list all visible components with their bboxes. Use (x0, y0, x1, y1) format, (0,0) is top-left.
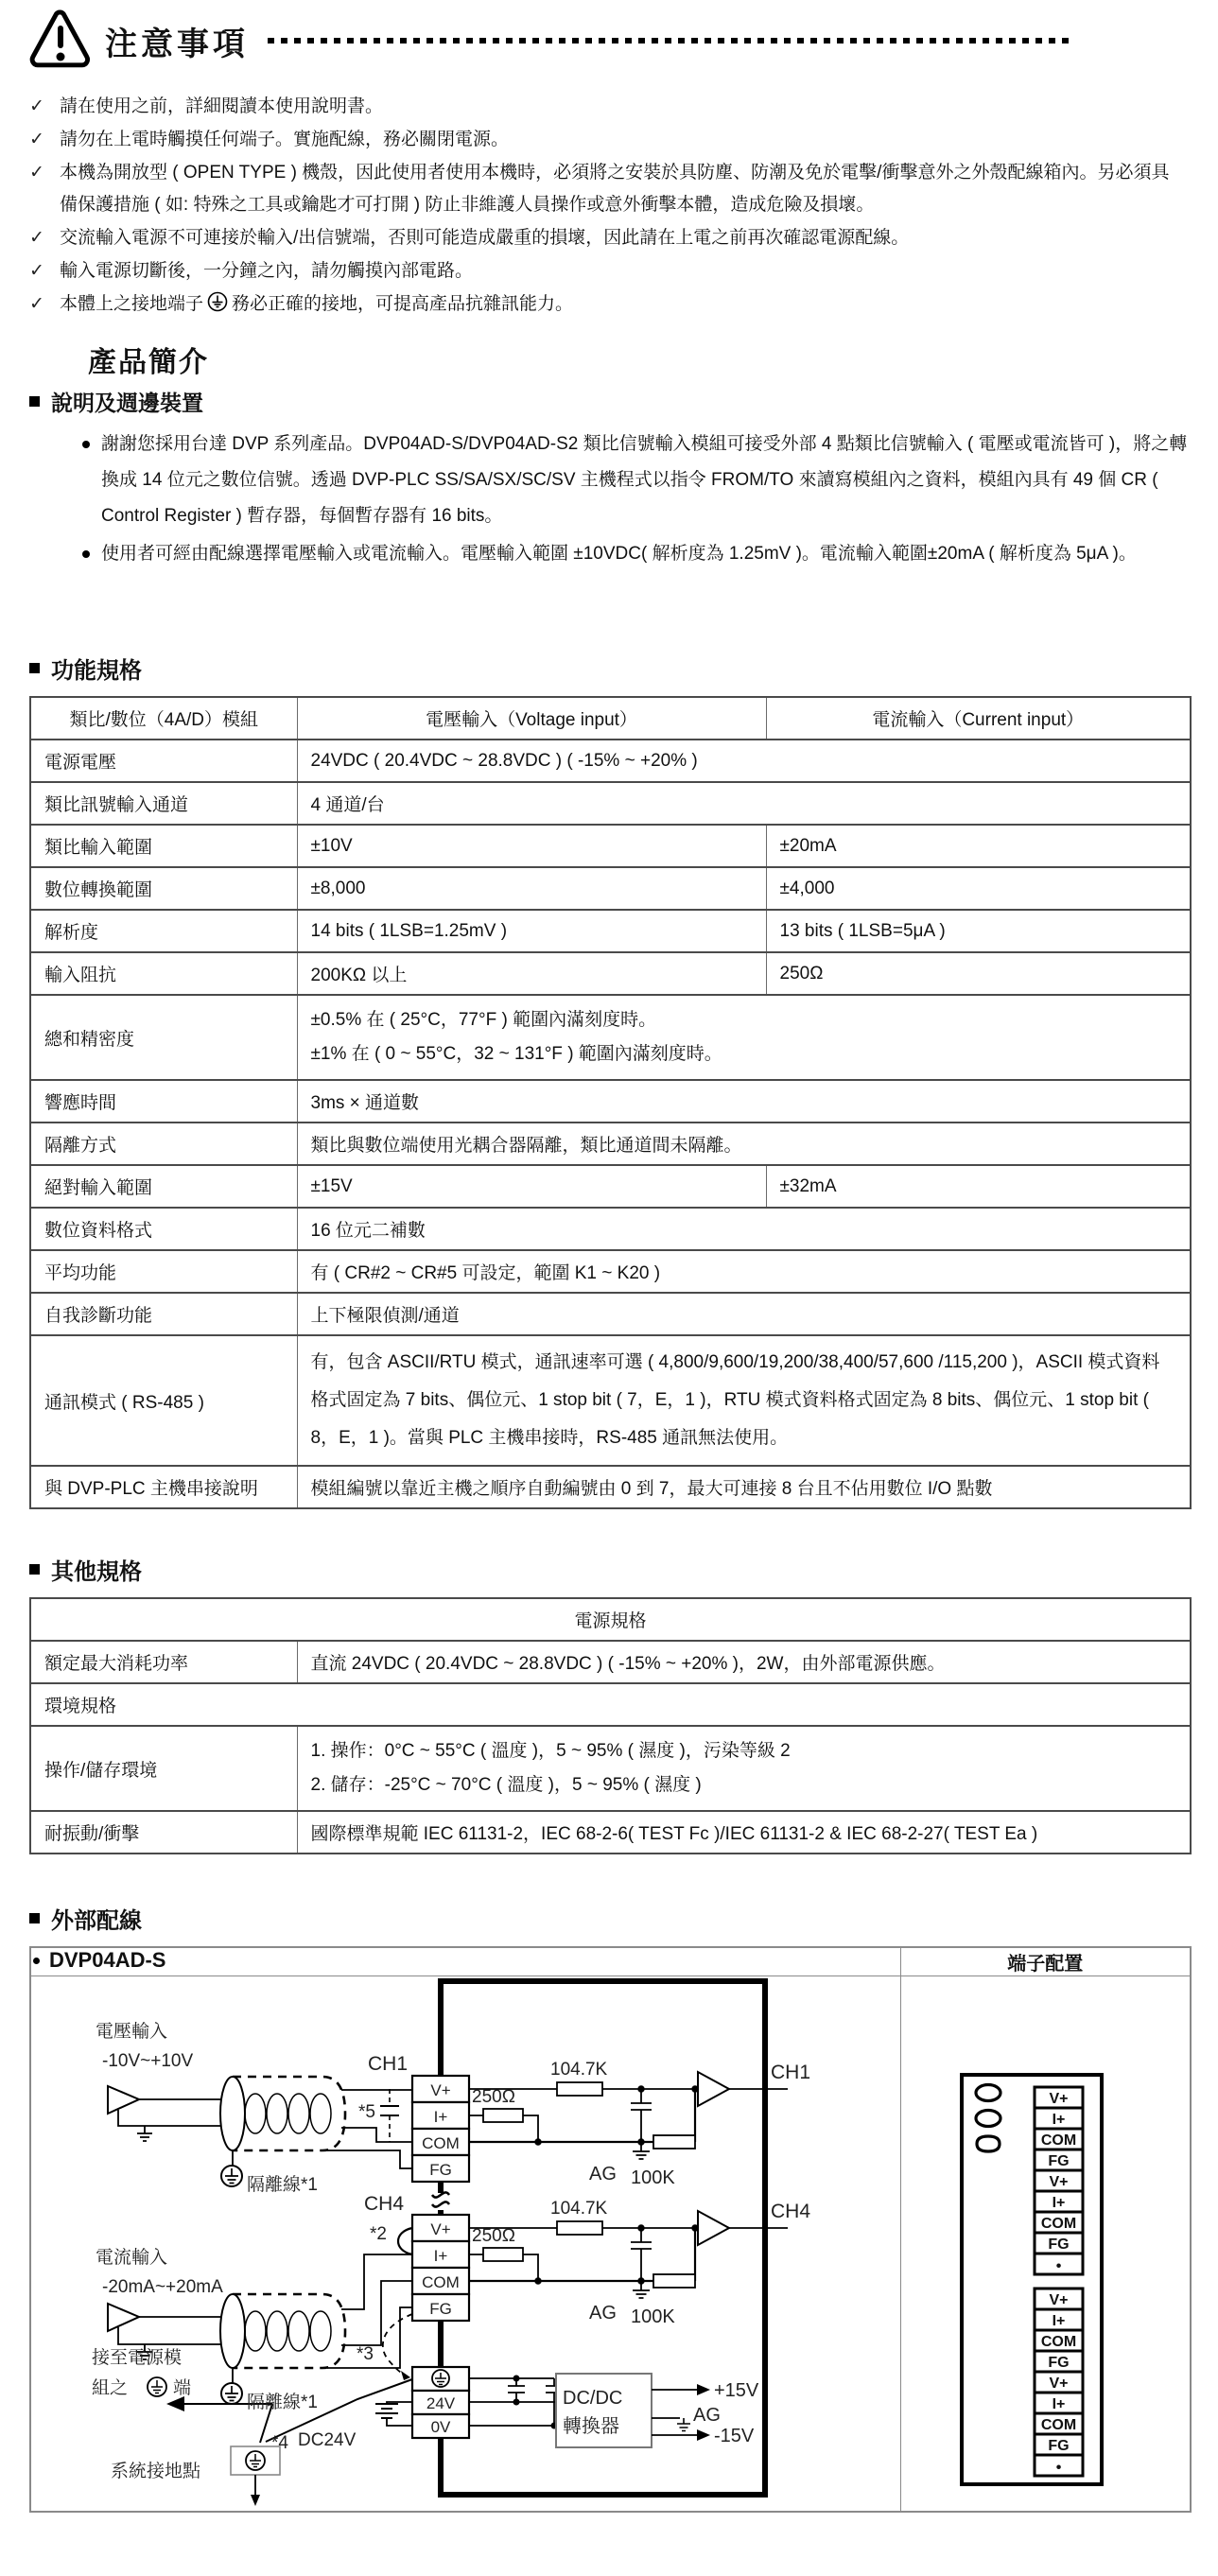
row-label: 電源電壓 (30, 740, 297, 782)
row-value: 直流 24VDC ( 20.4VDC ~ 28.8VDC ) ( -15% ~ … (297, 1641, 1191, 1683)
value-line: 2. 儲存：-25°C ~ 70°C ( 溫度 )，5 ~ 95% ( 濕度 ) (311, 1768, 1177, 1802)
row-value: 200KΩ 以上 (297, 952, 766, 995)
value-line: ±1% 在 ( 0 ~ 55°C，32 ~ 131°F ) 範圍內滿刻度時。 (311, 1037, 1177, 1071)
table-row: 解析度14 bits ( 1LSB=1.25mV )13 bits ( 1LSB… (30, 910, 1191, 952)
row-value: ±4,000 (766, 867, 1191, 910)
check-icon: ✓ (29, 157, 46, 221)
check-icon: ✓ (29, 288, 46, 323)
row-label: 操作/儲存環境 (30, 1726, 297, 1811)
list-item: ✓本機為開放型 ( OPEN TYPE ) 機殼，因此使用者使用本機時，必須將之… (29, 157, 1189, 221)
terminal-iplus: I+ (434, 2108, 448, 2126)
row-value: 16 位元二補數 (297, 1208, 1191, 1250)
row-value: 1. 操作：0°C ~ 55°C ( 溫度 )，5 ~ 95% ( 濕度 )，污… (297, 1726, 1191, 1811)
terminal-cell: V+ (1049, 2292, 1068, 2308)
table-row: 平均功能有 ( CR#2 ~ CR#5 可設定，範圍 K1 ~ K20 ) (30, 1250, 1191, 1293)
row-label: 絕對輸入範圍 (30, 1165, 297, 1208)
terminal-vplus: V+ (430, 2220, 450, 2238)
list-item: ✓輸入電源切斷後，一分鐘之內，請勿觸摸內部電路。 (29, 255, 1189, 287)
list-item: ✓ 本體上之接地端子務必正確的接地，可提高產品抗雜訊能力。 (29, 288, 1189, 323)
section-other-spec: 其他規格 (29, 1553, 1189, 1586)
resistor-100k-label: 100K (631, 2306, 675, 2327)
terminal-0v: 0V (431, 2418, 451, 2436)
row-value: 13 bits ( 1LSB=5μA ) (766, 910, 1191, 952)
ch1-terminal-label: CH1 (368, 2053, 408, 2075)
section-title: 外部配線 (51, 1902, 142, 1935)
terminal-layout-cell: V+ I+ COM FG V+ I+ COM FG • (900, 1976, 1191, 2513)
col-header: 電壓輸入（Voltage input） (297, 697, 766, 740)
list-item: ✓請在使用之前，詳細閱讀本使用說明書。 (29, 91, 1189, 123)
row-value: 有 ( CR#2 ~ CR#5 可設定，範圍 K1 ~ K20 ) (297, 1250, 1191, 1293)
minus15v-label: -15V (714, 2426, 755, 2446)
dcdc-label: 轉換器 (563, 2415, 619, 2437)
notice-text: 本機為開放型 ( OPEN TYPE ) 機殼，因此使用者使用本機時，必須將之安… (60, 157, 1175, 221)
dcdc-label: DC/DC (563, 2388, 622, 2409)
terminal-cell: V+ (1049, 2091, 1068, 2107)
shielded-cable-label: 隔離線*1 (247, 2392, 318, 2412)
value-line: 1. 操作：0°C ~ 55°C ( 溫度 )，5 ~ 95% ( 濕度 )，污… (311, 1734, 1177, 1768)
bullet-icon (82, 550, 90, 558)
table-row: 類比訊號輸入通道4 通道/台 (30, 782, 1191, 825)
col-header: 電流輸入（Current input） (766, 697, 1191, 740)
notice-text: 本體上之接地端子 (60, 294, 203, 314)
terminal-fg: FG (429, 2161, 452, 2179)
table-row: 通訊模式 ( RS-485 )有，包含 ASCII/RTU 模式，通訊速率可選 … (30, 1335, 1191, 1466)
list-item: ✓請勿在上電時觸摸任何端子。實施配線，務必關閉電源。 (29, 124, 1189, 156)
resistor-100k-label: 100K (631, 2167, 675, 2188)
terminal-24v: 24V (426, 2394, 456, 2412)
wiring-diagram-cell: 電壓輸入 -10V~+10V CH1 *5 隔離線*1 250Ω 104.7K … (30, 1976, 900, 2513)
row-value: 上下極限偵測/通道 (297, 1293, 1191, 1335)
row-label: 響應時間 (30, 1080, 297, 1123)
table-row: 輸入阻抗200KΩ 以上250Ω (30, 952, 1191, 995)
power-module-note: 接至電源模 (92, 2347, 182, 2368)
square-bullet-icon (29, 396, 40, 407)
row-value: 類比與數位端使用光耦合器隔離，類比通道間未隔離。 (297, 1123, 1191, 1165)
row-value: ±20mA (766, 825, 1191, 867)
notice-list: ✓請在使用之前，詳細閱讀本使用說明書。 ✓請勿在上電時觸摸任何端子。實施配線，務… (29, 91, 1189, 323)
check-icon: ✓ (29, 222, 46, 254)
terminal-cell: • (1055, 2460, 1061, 2476)
terminal-cell: FG (1048, 2355, 1069, 2371)
section-title: 功能規格 (51, 652, 142, 685)
row-label: 平均功能 (30, 1250, 297, 1293)
table-header-row: 類比/數位（4A/D）模組 電壓輸入（Voltage input） 電流輸入（C… (30, 697, 1191, 740)
row-label: 類比輸入範圍 (30, 825, 297, 867)
table-row: 耐振動/衝擊國際標準規範 IEC 61131-2，IEC 68-2-6( TES… (30, 1811, 1191, 1854)
terminal-iplus: I+ (434, 2247, 448, 2265)
row-value: ±32mA (766, 1165, 1191, 1208)
notice-text: 輸入電源切斷後，一分鐘之內，請勿觸摸內部電路。 (60, 255, 473, 287)
row-label: 解析度 (30, 910, 297, 952)
row-value: 模組編號以靠近主機之順序自動編號由 0 到 7，最大可連接 8 台且不佔用數位 … (297, 1466, 1191, 1508)
row-value: 3ms × 通道數 (297, 1080, 1191, 1123)
bullet-icon (82, 441, 90, 448)
row-value: 國際標準規範 IEC 61131-2，IEC 68-2-6( TEST Fc )… (297, 1811, 1191, 1854)
intro-list: 謝謝您採用台達 DVP 系列產品。DVP04AD-S/DVP04AD-S2 類比… (29, 426, 1189, 572)
terminal-cell: I+ (1052, 2195, 1065, 2211)
table-row: 數位資料格式16 位元二補數 (30, 1208, 1191, 1250)
row-value: ±0.5% 在 ( 25°C，77°F ) 範圍內滿刻度時。 ±1% 在 ( 0… (297, 995, 1191, 1080)
terminal-cell: I+ (1052, 2112, 1065, 2128)
row-label: 輸入阻抗 (30, 952, 297, 995)
terminal-strip-1: V+ I+ COM FG V+ I+ COM FG • (1035, 2087, 1083, 2274)
table-row: 操作/儲存環境 1. 操作：0°C ~ 55°C ( 溫度 )，5 ~ 95% … (30, 1726, 1191, 1811)
shielded-cable-label: 隔離線*1 (247, 2174, 318, 2195)
wiring-header-row: DVP04AD-S 端子配置 (30, 1947, 1191, 1976)
row-label: 通訊模式 ( RS-485 ) (30, 1335, 297, 1466)
ag-label: AG (693, 2405, 721, 2426)
table-row: 響應時間3ms × 通道數 (30, 1080, 1191, 1123)
row-value: ±8,000 (297, 867, 766, 910)
subsection-title: 說明及週邊裝置 (51, 386, 203, 417)
ch4-output-label: CH4 (771, 2201, 810, 2222)
resistor-104k-label: 104.7K (550, 2060, 608, 2080)
table-row: 絕對輸入範圍±15V±32mA (30, 1165, 1191, 1208)
terminal-cell: V+ (1049, 2174, 1068, 2190)
col-header: 類比/數位（4A/D）模組 (30, 697, 297, 740)
check-icon: ✓ (29, 255, 46, 287)
subsection-description: 說明及週邊裝置 (29, 386, 1189, 417)
terminal-cell: • (1055, 2258, 1061, 2274)
row-label: 與 DVP-PLC 主機串接說明 (30, 1466, 297, 1508)
row-value: ±15V (297, 1165, 766, 1208)
note3-label: *3 (357, 2344, 374, 2364)
row-label: 總和精密度 (30, 995, 297, 1080)
row-value: 24VDC ( 20.4VDC ~ 28.8VDC ) ( -15% ~ +20… (297, 740, 1191, 782)
notice-text: 務必正確的接地，可提高產品抗雜訊能力。 (232, 294, 573, 314)
square-bullet-icon (29, 663, 40, 673)
terminal-strip-2: V+ I+ COM FG V+ I+ COM FG • (1035, 2289, 1083, 2476)
check-icon: ✓ (29, 91, 46, 123)
row-label: 類比訊號輸入通道 (30, 782, 297, 825)
terminal-layout: V+ I+ COM FG V+ I+ COM FG • (902, 1976, 1189, 2506)
table-row: 與 DVP-PLC 主機串接說明模組編號以靠近主機之順序自動編號由 0 到 7，… (30, 1466, 1191, 1508)
row-label: 耐振動/衝擊 (30, 1811, 297, 1854)
table-header-row: 電源規格 (30, 1598, 1191, 1641)
resistor-104k-label: 104.7K (550, 2199, 608, 2219)
terminal-cell: V+ (1049, 2376, 1068, 2392)
warning-triangle-icon (29, 9, 92, 73)
earth-ground-icon (207, 291, 228, 323)
table-row: 環境規格 (30, 1683, 1191, 1726)
row-label: 數位轉換範圍 (30, 867, 297, 910)
resistor-250-label: 250Ω (472, 2087, 515, 2107)
check-icon: ✓ (29, 124, 46, 156)
terminal-vplus: V+ (430, 2081, 450, 2099)
model-header: DVP04AD-S (30, 1947, 900, 1976)
terminal-fg: FG (429, 2300, 452, 2318)
terminal-cell: COM (1041, 2132, 1076, 2149)
wiring-table: DVP04AD-S 端子配置 (29, 1946, 1192, 2513)
row-value: 4 通道/台 (297, 782, 1191, 825)
ch4-terminal-label: CH4 (364, 2193, 404, 2215)
notice-text: 請在使用之前，詳細閱讀本使用說明書。 (60, 91, 383, 123)
notice-text: 請勿在上電時觸摸任何端子。實施配線，務必關閉電源。 (60, 124, 509, 156)
list-item: ✓交流輸入電源不可連接於輸入/出信號端，否則可能造成嚴重的損壞，因此請在上電之前… (29, 222, 1189, 254)
terminal-cell: COM (1041, 2417, 1076, 2433)
bullet-icon (33, 1958, 40, 1964)
table-row: 數位轉換範圍±8,000±4,000 (30, 867, 1191, 910)
square-bullet-icon (29, 1564, 40, 1575)
row-value: 250Ω (766, 952, 1191, 995)
current-range-label: -20mA~+20mA (102, 2277, 223, 2297)
notice-text: 交流輸入電源不可連接於輸入/出信號端，否則可能造成嚴重的損壞，因此請在上電之前再… (60, 222, 909, 254)
terminal-cell: COM (1041, 2334, 1076, 2350)
note5-label: *5 (358, 2102, 375, 2122)
section-function-spec: 功能規格 (29, 652, 1189, 685)
list-item: 使用者可經由配線選擇電壓輸入或電流輸入。電壓輸入範圍 ±10VDC( 解析度為 … (82, 536, 1189, 572)
terminal-header: 端子配置 (900, 1947, 1191, 1976)
section-external-wiring: 外部配線 (29, 1902, 1189, 1935)
terminal-cell: I+ (1052, 2313, 1065, 2329)
function-spec-table: 類比/數位（4A/D）模組 電壓輸入（Voltage input） 電流輸入（C… (29, 696, 1192, 1509)
plus15v-label: +15V (714, 2380, 759, 2401)
note2-label: *2 (370, 2224, 387, 2244)
page-title: 注意事項 (105, 18, 249, 64)
dc24v-label: DC24V (298, 2430, 357, 2450)
table-row: 電源電壓24VDC ( 20.4VDC ~ 28.8VDC ) ( -15% ~… (30, 740, 1191, 782)
ch1-output-label: CH1 (771, 2062, 810, 2083)
table-row: 隔離方式類比與數位端使用光耦合器隔離，類比通道間未隔離。 (30, 1123, 1191, 1165)
dotted-leader (268, 38, 1071, 44)
row-label: 數位資料格式 (30, 1208, 297, 1250)
current-input-label: 電流輸入 (96, 2247, 167, 2268)
notice-header: 注意事項 (29, 8, 1189, 74)
row-label: 隔離方式 (30, 1123, 297, 1165)
square-bullet-icon (29, 1913, 40, 1923)
table-subheader: 電源規格 (30, 1598, 1191, 1641)
section-title: 其他規格 (51, 1553, 142, 1586)
notice-text-ground: 本體上之接地端子務必正確的接地，可提高產品抗雜訊能力。 (60, 288, 573, 323)
ag-label: AG (589, 2303, 617, 2324)
wiring-body-row: 電壓輸入 -10V~+10V CH1 *5 隔離線*1 250Ω 104.7K … (30, 1976, 1191, 2513)
terminal-cell: FG (1048, 2438, 1069, 2454)
list-item: 謝謝您採用台達 DVP 系列產品。DVP04AD-S/DVP04AD-S2 類比… (82, 426, 1189, 534)
table-row: 類比輸入範圍±10V±20mA (30, 825, 1191, 867)
row-value: 14 bits ( 1LSB=1.25mV ) (297, 910, 766, 952)
power-module-note: 端 (173, 2377, 191, 2398)
system-ground-label: 系統接地點 (111, 2461, 200, 2481)
terminal-cell: I+ (1052, 2396, 1065, 2412)
table-row: 總和精密度 ±0.5% 在 ( 25°C，77°F ) 範圍內滿刻度時。 ±1%… (30, 995, 1191, 1080)
intro-text: 使用者可經由配線選擇電壓輸入或電流輸入。電壓輸入範圍 ±10VDC( 解析度為 … (101, 536, 1137, 572)
terminal-cell: COM (1041, 2216, 1076, 2232)
note4-label: *4 (271, 2433, 288, 2453)
row-value: ±10V (297, 825, 766, 867)
value-line: ±0.5% 在 ( 25°C，77°F ) 範圍內滿刻度時。 (311, 1003, 1177, 1037)
table-subheader: 環境規格 (30, 1683, 1191, 1726)
power-module-note: 組之 (92, 2377, 128, 2398)
terminal-com: COM (422, 2134, 460, 2152)
other-spec-table: 電源規格 額定最大消耗功率直流 24VDC ( 20.4VDC ~ 28.8VD… (29, 1597, 1192, 1854)
terminal-cell: FG (1048, 2237, 1069, 2253)
terminal-com: COM (422, 2273, 460, 2291)
resistor-250-label: 250Ω (472, 2226, 515, 2246)
manual-page: 注意事項 ✓請在使用之前，詳細閱讀本使用說明書。 ✓請勿在上電時觸摸任何端子。實… (0, 0, 1218, 2576)
table-row: 額定最大消耗功率直流 24VDC ( 20.4VDC ~ 28.8VDC ) (… (30, 1641, 1191, 1683)
section-title-product-intro: 產品簡介 (88, 339, 1189, 380)
ag-label: AG (589, 2164, 617, 2184)
wiring-diagram: 電壓輸入 -10V~+10V CH1 *5 隔離線*1 250Ω 104.7K … (31, 1976, 899, 2506)
row-label: 額定最大消耗功率 (30, 1641, 297, 1683)
terminal-cell: FG (1048, 2153, 1069, 2169)
intro-text: 謝謝您採用台達 DVP 系列產品。DVP04AD-S/DVP04AD-S2 類比… (101, 426, 1189, 534)
model-name: DVP04AD-S (49, 1948, 165, 1972)
voltage-range-label: -10V~+10V (102, 2051, 193, 2071)
row-label: 自我診斷功能 (30, 1293, 297, 1335)
table-row: 自我診斷功能上下極限偵測/通道 (30, 1293, 1191, 1335)
voltage-input-label: 電壓輸入 (96, 2021, 167, 2042)
row-value: 有，包含 ASCII/RTU 模式，通訊速率可選 ( 4,800/9,600/1… (297, 1335, 1191, 1466)
